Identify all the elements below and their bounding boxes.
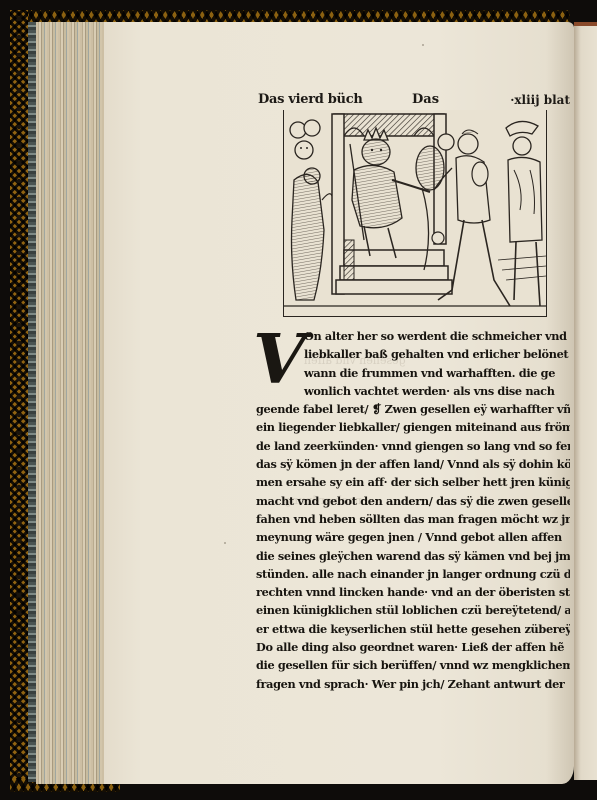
text-line: macht vnd gebot den andern/ das sÿ die z… [256,492,570,510]
paper-speck [422,44,424,46]
running-head: Das vierd büch [258,92,362,107]
ape-king-woodcut [284,110,546,316]
woodcut-illustration [283,110,547,317]
text-line: die seines gleÿchen warend das sÿ kämen … [256,547,570,565]
text-line: Do alle ding also geordnet waren· Ließ d… [256,638,570,656]
decorated-initial: V [253,323,297,397]
text-line: das sÿ kömen jn der affen land/ Vnnd als… [256,455,570,473]
text-line: ein liegender liebkaller/ giengen mitein… [256,418,570,436]
body-text: V On alter her so werdent die schmeicher… [256,327,570,693]
section-title: Das [412,92,439,107]
marbled-endpaper-edge [28,22,36,782]
text-line: einen künigklichen stül loblichen czü be… [256,601,570,619]
text-line: die gesellen für sich berüffen/ vnnd wz … [256,656,570,674]
book-scan: chüd do vm jm gesellen vnd affen nach or… [0,0,597,800]
text-line: men ersahe sy ein aff· der sich selber h… [256,473,570,491]
page-header: Das vierd büch Das ·xliij blat [258,92,570,110]
facing-page-edge [574,26,597,780]
gilt-binding-border-left [10,10,28,792]
text-line: geende fabel leret/ ❡ Zwen gesellen eÿ w… [256,400,570,418]
text-line: fragen vnd sprach· Wer pin jch/ Zehant a… [256,675,570,693]
text-line: meynung wäre gegen jnen / Vnnd gebot all… [256,528,570,546]
gilt-binding-border-top [10,10,570,22]
folio-number: ·xliij blat [510,93,570,107]
text-line: de land zeerkünden· vnnd giengen so lang… [256,437,570,455]
text-line: stünden. alle nach einander jn langer or… [256,565,570,583]
paper-speck [224,542,226,544]
text-line: rechten vnnd lincken hande· vnd an der ö… [256,583,570,601]
crown-icon [364,128,388,140]
text-line: er ettwa die keyserlichen stül hette ges… [256,620,570,638]
text-line: fahen vnd heben söllten das man fragen m… [256,510,570,528]
page-block-edges [36,22,106,784]
